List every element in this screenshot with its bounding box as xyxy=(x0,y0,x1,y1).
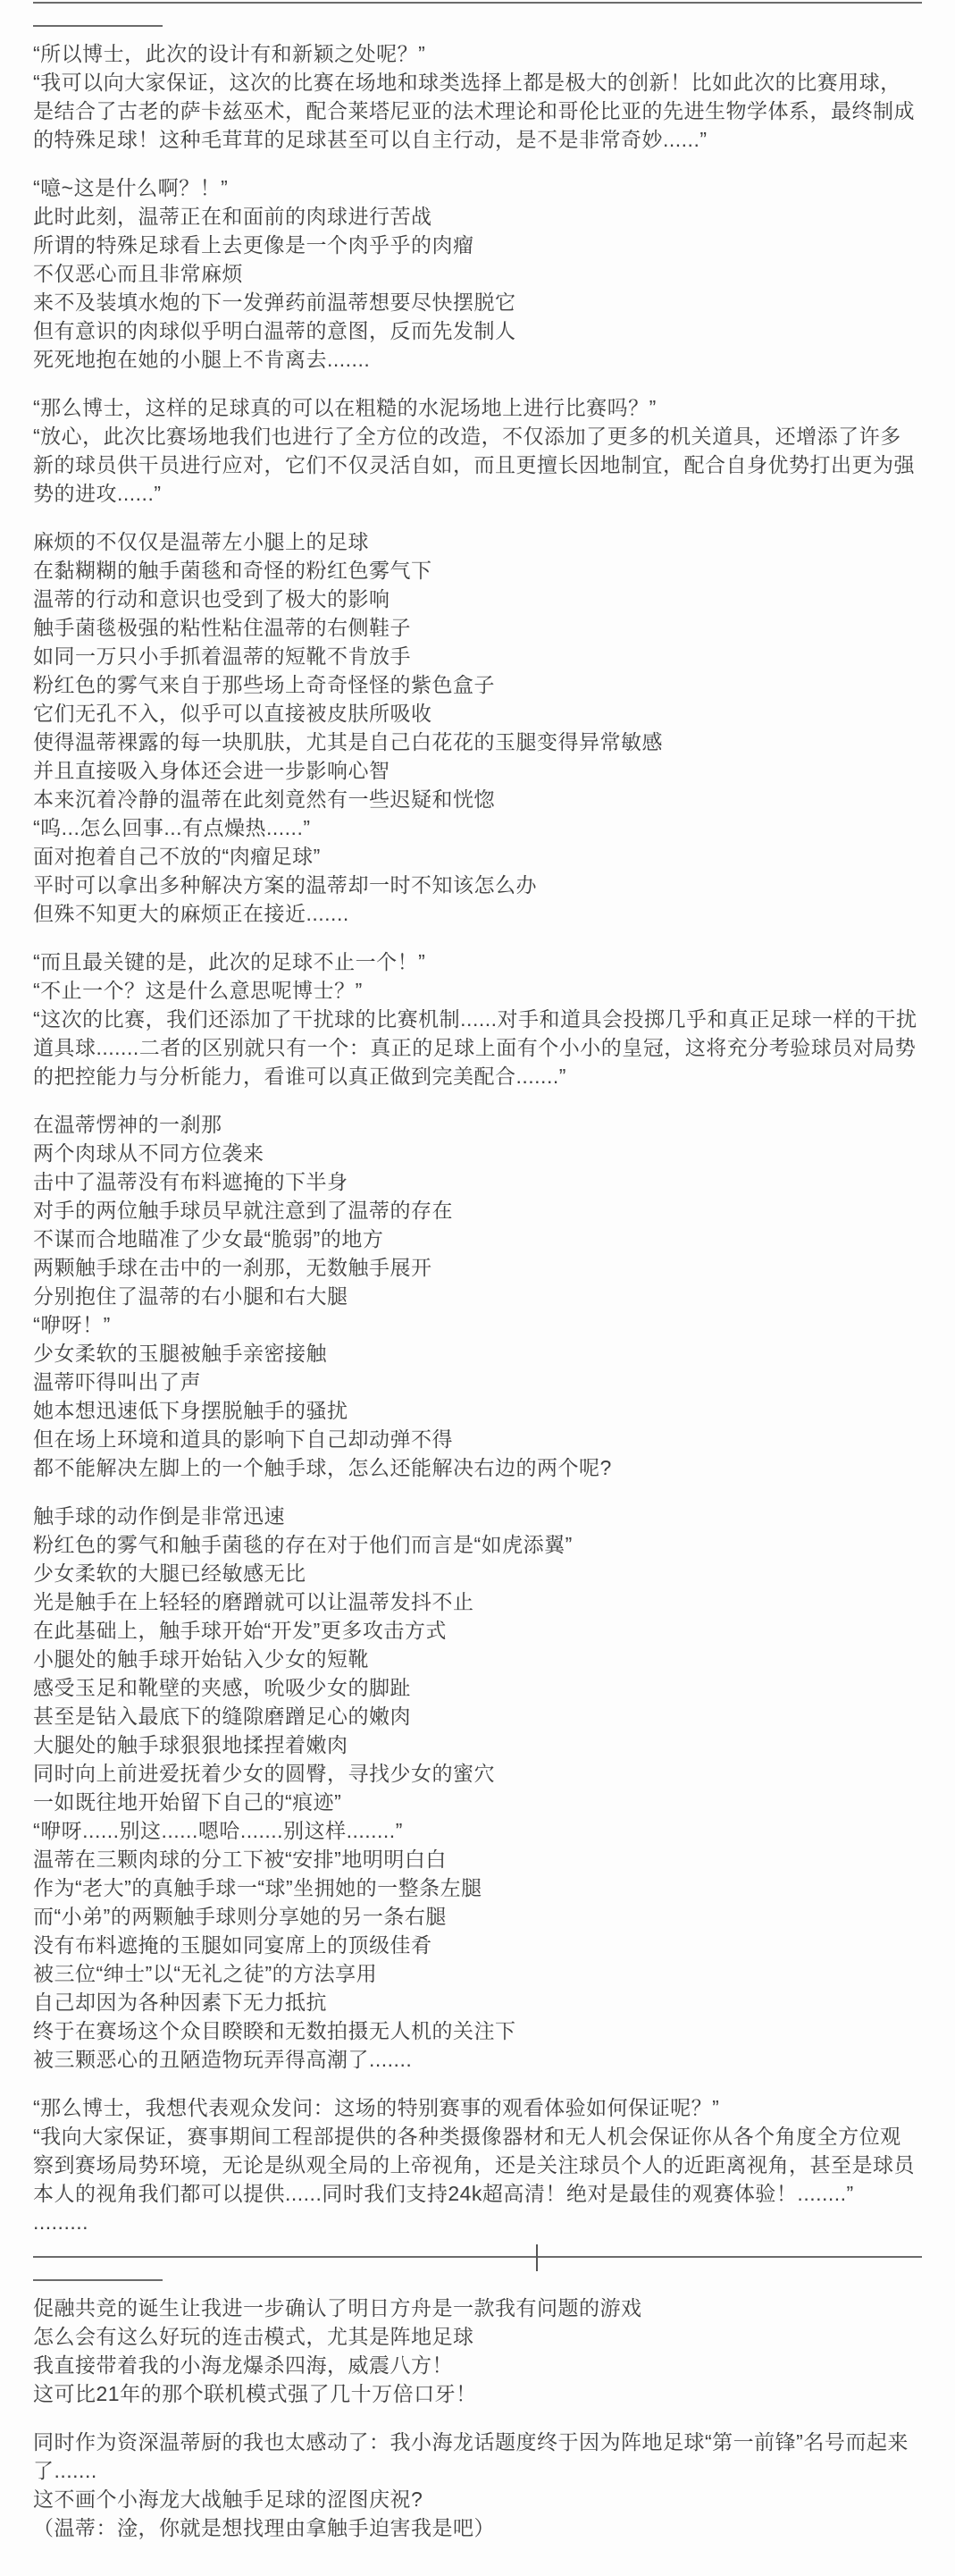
paragraph: 促融共竞的诞生让我进一步确认了明日方舟是一款我有问题的游戏怎么会有这么好玩的连击… xyxy=(33,2294,922,2408)
text-line: 并且直接吸入身体还会进一步影响心智 xyxy=(33,756,922,785)
page-background: { "page": { "background_color": "#fdfdfd… xyxy=(0,2,955,2576)
short-rule xyxy=(33,25,163,27)
text-line: 触手球的动作倒是非常迅速 xyxy=(33,1502,922,1530)
text-line: “咿呀！” xyxy=(33,1310,922,1339)
text-line: 感受玉足和靴壁的夹感，吮吸少女的脚趾 xyxy=(33,1673,922,1702)
text-line: 自己却因为各种因素下无力抵抗 xyxy=(33,1988,922,2016)
text-line: 温蒂吓得叫出了声 xyxy=(33,1368,922,1396)
text-line: 在此基础上，触手球开始“开发”更多攻击方式 xyxy=(33,1616,922,1645)
text-line: 如同一万只小手抓着温蒂的短靴不肯放手 xyxy=(33,642,922,670)
text-line: “我向大家保证，赛事期间工程部提供的各种类摄像器材和无人机会保证你从各个角度全方… xyxy=(33,2122,922,2208)
text-line: 麻烦的不仅仅是温蒂左小腿上的足球 xyxy=(33,527,922,556)
text-line: 小腿处的触手球开始钻入少女的短靴 xyxy=(33,1645,922,1673)
text-line: “放心，此次比赛场地我们也进行了全方位的改造，不仅添加了更多的机关道具，还增添了… xyxy=(33,422,922,508)
text-line: 本来沉着冷静的温蒂在此刻竟然有一些迟疑和恍惚 xyxy=(33,785,922,813)
text-line: 死死地抱在她的小腿上不肯离去....... xyxy=(33,345,922,374)
text-line: 作为“老大”的真触手球一“球”坐拥她的一整条左腿 xyxy=(33,1873,922,1902)
document-body: “所以博士，此次的设计有和新颖之处呢？”“我可以向大家保证，这次的比赛在场地和球… xyxy=(0,2,955,2542)
paragraph: “而且最关键的是，此次的足球不止一个！”“不止一个？这是什么意思呢博士？”“这次… xyxy=(33,947,922,1090)
text-line: 粉红色的雾气和触手菌毯的存在对于他们而言是“如虎添翼” xyxy=(33,1530,922,1559)
text-line: 促融共竞的诞生让我进一步确认了明日方舟是一款我有问题的游戏 xyxy=(33,2294,922,2322)
text-line: 此时此刻，温蒂正在和面前的肉球进行苦战 xyxy=(33,202,922,231)
text-line: 在黏糊糊的触手菌毯和奇怪的粉红色雾气下 xyxy=(33,556,922,585)
text-line: “所以博士，此次的设计有和新颖之处呢？” xyxy=(33,39,922,68)
text-line: 同时作为资深温蒂厨的我也太感动了：我小海龙话题度终于因为阵地足球“第一前锋”名号… xyxy=(33,2428,922,2485)
text-line: 使得温蒂裸露的每一块肌肤，尤其是自己白花花的玉腿变得异常敏感 xyxy=(33,728,922,756)
text-line: 对手的两位触手球员早就注意到了温蒂的存在 xyxy=(33,1196,922,1225)
short-rule xyxy=(33,2279,163,2281)
text-line: 被三颗恶心的丑陋造物玩弄得高潮了....... xyxy=(33,2045,922,2074)
text-line: “那么博士，我想代表观众发问：这场的特别赛事的观看体验如何保证呢？” xyxy=(33,2093,922,2122)
text-line: 粉红色的雾气来自于那些场上奇奇怪怪的紫色盒子 xyxy=(33,670,922,699)
paragraph: “所以博士，此次的设计有和新颖之处呢？”“我可以向大家保证，这次的比赛在场地和球… xyxy=(33,39,922,154)
horizontal-rule xyxy=(33,2256,922,2258)
text-line: 两颗触手球在击中的一刹那，无数触手展开 xyxy=(33,1253,922,1282)
text-line: 她本想迅速低下身摆脱触手的骚扰 xyxy=(33,1396,922,1425)
text-line: 它们无孔不入，似乎可以直接被皮肤所吸收 xyxy=(33,699,922,728)
text-line: 一如既往地开始留下自己的“痕迹” xyxy=(33,1788,922,1816)
text-line: 但有意识的肉球似乎明白温蒂的意图，反而先发制人 xyxy=(33,316,922,345)
text-line: 温蒂在三颗肉球的分工下被“安排”地明明白白 xyxy=(33,1845,922,1873)
text-line: 我直接带着我的小海龙爆杀四海，威震八方！ xyxy=(33,2351,922,2379)
text-line: “不止一个？这是什么意思呢博士？” xyxy=(33,976,922,1005)
text-line: 终于在赛场这个众目睽睽和无数拍摄无人机的关注下 xyxy=(33,2016,922,2045)
text-line: 但殊不知更大的麻烦正在接近....... xyxy=(33,899,922,928)
text-line: “噫~这是什么啊？！” xyxy=(33,173,922,202)
text-line: 温蒂的行动和意识也受到了极大的影响 xyxy=(33,585,922,613)
text-line: “呜...怎么回事...有点燥热......” xyxy=(33,813,922,842)
text-line: 两个肉球从不同方位袭来 xyxy=(33,1139,922,1167)
text-line: “而且最关键的是，此次的足球不止一个！” xyxy=(33,947,922,976)
text-line: （温蒂：淦，你就是想找理由拿触手迫害我是吧） xyxy=(33,2513,922,2542)
text-line: 击中了温蒂没有布料遮掩的下半身 xyxy=(33,1167,922,1196)
text-line: 面对抱着自己不放的“肉瘤足球” xyxy=(33,842,922,871)
text-line: 在温蒂愣神的一刹那 xyxy=(33,1110,922,1139)
text-line: 而“小弟”的两颗触手球则分享她的另一条右腿 xyxy=(33,1902,922,1931)
text-line: 所谓的特殊足球看上去更像是一个肉乎乎的肉瘤 xyxy=(33,231,922,259)
text-line: 没有布料遮掩的玉腿如同宴席上的顶级佳肴 xyxy=(33,1931,922,1959)
paragraph: 同时作为资深温蒂厨的我也太感动了：我小海龙话题度终于因为阵地足球“第一前锋”名号… xyxy=(33,2428,922,2542)
text-line: “我可以向大家保证，这次的比赛在场地和球类选择上都是极大的创新！比如此次的比赛用… xyxy=(33,68,922,154)
text-line: 光是触手在上轻轻的磨蹭就可以让温蒂发抖不止 xyxy=(33,1587,922,1616)
text-line: 来不及装填水炮的下一发弹药前温蒂想要尽快摆脱它 xyxy=(33,288,922,316)
text-line: 这不画个小海龙大战触手足球的涩图庆祝? xyxy=(33,2485,922,2513)
paragraph: 触手球的动作倒是非常迅速粉红色的雾气和触手菌毯的存在对于他们而言是“如虎添翼”少… xyxy=(33,1502,922,2074)
text-line: 甚至是钻入最底下的缝隙磨蹭足心的嫩肉 xyxy=(33,1702,922,1730)
text-line: 同时向上前进爱抚着少女的圆臀，寻找少女的蜜穴 xyxy=(33,1759,922,1788)
text-line: 都不能解决左脚上的一个触手球，怎么还能解决右边的两个呢? xyxy=(33,1453,922,1482)
text-line: 触手菌毯极强的粘性粘住温蒂的右侧鞋子 xyxy=(33,613,922,642)
text-line: 分别抱住了温蒂的右小腿和右大腿 xyxy=(33,1282,922,1310)
text-line: “那么博士，这样的足球真的可以在粗糙的水泥场地上进行比赛吗？” xyxy=(33,393,922,422)
text-line: 不仅恶心而且非常麻烦 xyxy=(33,259,922,288)
text-line: 大腿处的触手球狠狠地揉捏着嫩肉 xyxy=(33,1730,922,1759)
text-line: “这次的比赛，我们还添加了干扰球的比赛机制......对手和道具会投掷几乎和真正… xyxy=(33,1005,922,1090)
paragraph: 麻烦的不仅仅是温蒂左小腿上的足球在黏糊糊的触手菌毯和奇怪的粉红色雾气下温蒂的行动… xyxy=(33,527,922,928)
text-cursor-icon xyxy=(536,2244,538,2271)
text-line: 这可比21年的那个联机模式强了几十万倍口牙！ xyxy=(33,2379,922,2408)
text-line: 怎么会有这么好玩的连击模式，尤其是阵地足球 xyxy=(33,2322,922,2351)
horizontal-rule xyxy=(33,2,922,4)
text-line: 平时可以拿出多种解决方案的温蒂却一时不知该怎么办 xyxy=(33,871,922,899)
paragraph: “那么博士，这样的足球真的可以在粗糙的水泥场地上进行比赛吗？”“放心，此次比赛场… xyxy=(33,393,922,508)
text-line: 不谋而合地瞄准了少女最“脆弱”的地方 xyxy=(33,1225,922,1253)
text-line: 少女柔软的玉腿被触手亲密接触 xyxy=(33,1339,922,1368)
paragraph: 在温蒂愣神的一刹那两个肉球从不同方位袭来击中了温蒂没有布料遮掩的下半身对手的两位… xyxy=(33,1110,922,1482)
text-line: 被三位“绅士”以“无礼之徒”的方法享用 xyxy=(33,1959,922,1988)
paragraph: “那么博士，我想代表观众发问：这场的特别赛事的观看体验如何保证呢？”“我向大家保… xyxy=(33,2093,922,2236)
text-line: 少女柔软的大腿已经敏感无比 xyxy=(33,1559,922,1587)
text-line: ......... xyxy=(33,2208,922,2236)
text-line: “咿呀......别这......嗯哈.......别这样........” xyxy=(33,1816,922,1845)
text-line: 但在场上环境和道具的影响下自己却动弹不得 xyxy=(33,1425,922,1453)
paragraph: “噫~这是什么啊？！”此时此刻，温蒂正在和面前的肉球进行苦战所谓的特殊足球看上去… xyxy=(33,173,922,374)
